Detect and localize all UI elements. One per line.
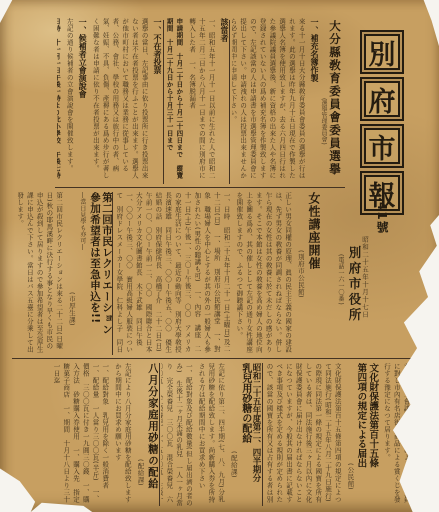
masthead-char-3: 市 bbox=[360, 124, 404, 168]
vertical-rule-bottom-1 bbox=[159, 363, 160, 506]
infant-sugar-headline-line2: 乳兒用砂糖の配給 bbox=[239, 363, 251, 508]
infant-sugar-article: 昭和二十五年度第二、四半期分 乳兒用砂糖の配給 (配給課) 左記に依り第二、四半… bbox=[161, 363, 261, 508]
cultural-property-headline-line2: 第四項の規定による届出 bbox=[355, 363, 367, 508]
vertical-rule-middle bbox=[112, 192, 113, 355]
recreation-body: 第二回市民レクリエーションは來る二十二日(日曜日)秋の耶馬溪畔に決行する事となり… bbox=[14, 192, 63, 356]
infant-sugar-body: 左記に依り第二、四半期(七、八、九月)分乳兒用砂糖を配給致します。尚新購入券を所… bbox=[196, 363, 225, 508]
infant-sugar-attribution: (配給課) bbox=[228, 363, 238, 508]
publisher-phone: (電話一六一〇番) bbox=[336, 254, 345, 305]
section-body: 選擧の當日、左記事由に依り投票所に行き投票出來ない者は不在者投票を行ふことが出來… bbox=[90, 18, 149, 184]
election-article-headline: 大分縣敎育委員會委員選擧 bbox=[327, 20, 343, 176]
womens-course-headline: 女性講座開催 bbox=[307, 192, 320, 356]
publisher-name: 別府市役所 bbox=[345, 246, 363, 324]
recreation-headline-line2: 參加希望者は至急申込を!! bbox=[89, 192, 101, 356]
section-heading: 該當者 bbox=[219, 18, 229, 184]
cultural-property-attribution: (公民館) bbox=[345, 363, 355, 508]
election-eligible-persons-section: 該當者 一、昭和五年十一月十一日以前に生れた人で昭和二十五年二月二日から八月十一… bbox=[166, 18, 230, 184]
recreation-article: 第二回市民レクリエーション 參加希望者は至急申込を!! ―當日見學も亦可― (市… bbox=[10, 192, 113, 356]
household-sugar-body: 左記により八月分家庭用砂糖を配給致しますから期間中にお買求め願います bbox=[112, 363, 132, 508]
section-heading: 一、補充名簿作製 bbox=[309, 18, 319, 184]
household-sugar-attribution: (配給課) bbox=[135, 363, 145, 508]
household-sugar-headline: 八月分家庭用砂糖の配給 bbox=[146, 363, 158, 508]
section-body: 來る十一月十日大分縣敎育委員會委員の選擧が行はれます。此の選擧は昨年九月十五日現… bbox=[232, 18, 306, 184]
horizontal-rule-bottom bbox=[12, 358, 424, 359]
election-supplementary-roster-section: 一、補充名簿作製 來る十一月十日大分縣敎育委員會委員の選擧が行はれます。此の選擧… bbox=[232, 18, 320, 184]
eligible-persons-list: 一、昭和五年十一月十一日以前に生れた人で昭和二十五年二月二日から八月十一日までの… bbox=[186, 18, 215, 184]
cultural-property-body: 文化財保護法第百十五條第四項の規定によつて同法施行(昭和二十五年八月二十九日施行… bbox=[265, 363, 342, 508]
application-periods: 申請期間 十月二十日から十月二十四日まで 縱覽期間 十月二十九日から十月三十一日… bbox=[166, 18, 183, 184]
newspaper-page: 別 府 市 報 41號 昭和二十五年十月十七日 別府市役所 (電話一六一〇番) … bbox=[0, 0, 439, 512]
speech-meeting-schedule: 日時 十一月一日午後一時より北小學校 午後七時より別府市公民館 bbox=[57, 18, 61, 184]
cultural-property-headline-line1: 文化財保護法第百十五條 bbox=[366, 363, 378, 508]
masthead-title: 別 府 市 報 bbox=[358, 30, 404, 218]
womens-course-article: 女性講座開催 (別府市公民館) 正しい男女同權の原理、眞の民主主義の國家の建設は… bbox=[115, 192, 320, 356]
masthead-char-2: 府 bbox=[360, 77, 404, 121]
infant-sugar-headline-line1: 昭和二十五年度第二、四半期分 bbox=[251, 363, 261, 508]
vertical-rule-bottom-2 bbox=[262, 363, 263, 506]
masthead-char-1: 別 bbox=[360, 30, 404, 74]
household-sugar-article: 八月分家庭用砂糖の配給 (配給課) 左記により八月分家庭用砂糖を配給致しますから… bbox=[18, 363, 158, 508]
womens-course-schedule: 一、日時 昭和二十五年十月二十一日(土曜日)及二十二日(日) 一、場所 別府市公… bbox=[115, 192, 231, 356]
section-body: 左記の通り候補者の立會演說會を開催致します。 bbox=[64, 18, 74, 184]
womens-course-body: 正しい男女同權の原理、眞の民主主義の國家の建設は、先ず男女の敎養が同調されねばな… bbox=[234, 192, 293, 356]
issue-number: 41號 bbox=[374, 202, 391, 234]
household-sugar-items: 一、配給對象 乳兒用を除く一般消費者 一、配給量 一人當り三〇〇瓦(半斤) 一、… bbox=[51, 363, 110, 508]
vertical-rule-election-1 bbox=[163, 20, 164, 184]
election-absentee-voting-section: 一、不在者投票 選擧の當日、左記事由に依り投票所に行き投票出來ない者は不在者投票… bbox=[57, 18, 163, 184]
recreation-attribution: (市厚生課) bbox=[66, 192, 76, 356]
womens-course-attribution: (別府市公民館) bbox=[295, 192, 305, 356]
horizontal-rule-top bbox=[55, 187, 345, 188]
section-heading: 一、不在者投票 bbox=[152, 18, 162, 184]
election-article-attribution: (選擧管理委員會) bbox=[319, 98, 328, 145]
vertical-rule-election-2 bbox=[229, 20, 230, 184]
section-heading: 一、候補者立會演說會 bbox=[77, 18, 87, 184]
recreation-subtitle: ―當日見學も亦可― bbox=[78, 192, 87, 356]
infant-sugar-items: 一、配給對象及び配給數量(但し届出濟の者のみ) 生後十二ヶ月未滿の乳兒 一人一ヶ… bbox=[161, 363, 193, 508]
